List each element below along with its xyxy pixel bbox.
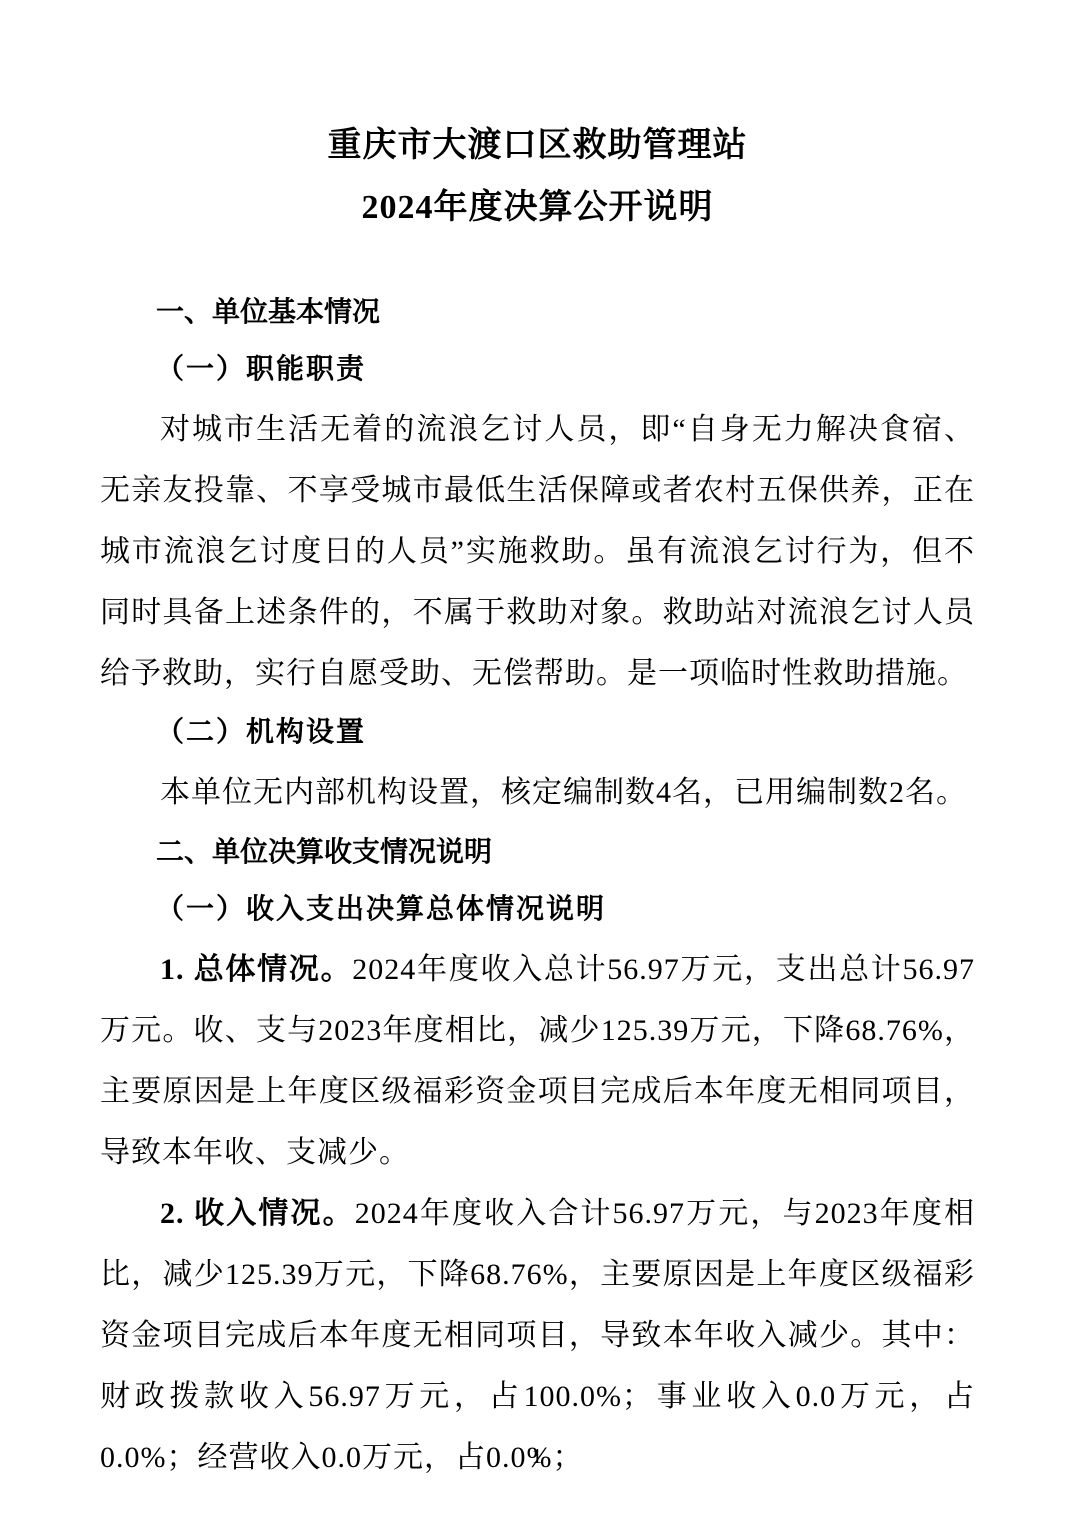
- title-spacer: [100, 239, 975, 283]
- heading-budget-statement: 二、单位决算收支情况说明: [100, 823, 975, 881]
- paragraph-overall-situation: 1. 总体情况。2024年度收入总计56.97万元，支出总计56.97万元。收、…: [100, 939, 975, 1183]
- heading-unit-basic-info: 一、单位基本情况: [100, 283, 975, 341]
- heading-organization: （二）机构设置: [100, 704, 975, 762]
- document-title-line-1: 重庆市大渡口区救助管理站: [100, 115, 975, 177]
- heading-income-expense-overview: （一）收入支出决算总体情况说明: [100, 881, 975, 939]
- page-number: 1: [0, 1444, 1074, 1468]
- paragraph-overall-situation-lead: 1. 总体情况。: [160, 953, 352, 986]
- paragraph-income-situation-text: 2024年度收入合计56.97万元，与2023年度相比，减少125.39万元，下…: [100, 1197, 975, 1474]
- paragraph-income-situation: 2. 收入情况。2024年度收入合计56.97万元，与2023年度相比，减少12…: [100, 1183, 975, 1488]
- document-title-line-2: 2024年度决算公开说明: [100, 177, 975, 239]
- paragraph-organization: 本单位无内部机构设置，核定编制数4名，已用编制数2名。: [100, 762, 975, 823]
- heading-duties: （一）职能职责: [100, 341, 975, 399]
- paragraph-duties: 对城市生活无着的流浪乞讨人员，即“自身无力解决食宿、无亲友投靠、不享受城市最低生…: [100, 399, 975, 704]
- document-title: 重庆市大渡口区救助管理站 2024年度决算公开说明: [100, 115, 975, 239]
- paragraph-income-situation-lead: 2. 收入情况。: [160, 1197, 355, 1230]
- document-page: 重庆市大渡口区救助管理站 2024年度决算公开说明 一、单位基本情况 （一）职能…: [0, 0, 1074, 1520]
